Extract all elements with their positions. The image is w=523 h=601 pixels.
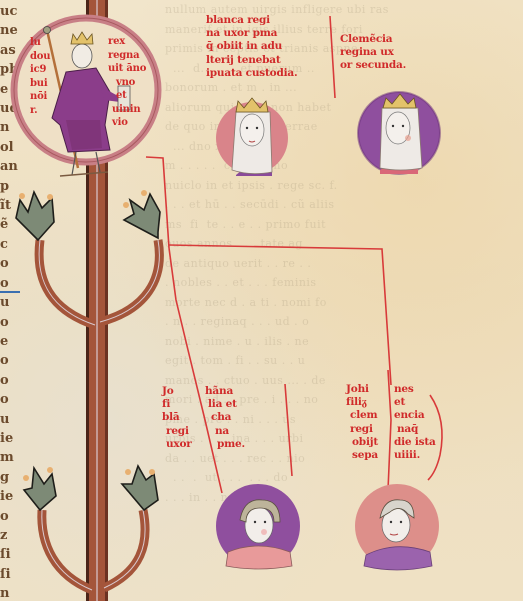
- manuscript-page: nullum autem uirgis infligere ubi ras ma…: [0, 0, 523, 601]
- inscription-line: dou: [30, 50, 50, 64]
- inscription-line: uit āno: [108, 62, 146, 76]
- rubric-line: filiᵹ: [346, 396, 378, 409]
- rubric-line: hãna: [205, 385, 245, 398]
- johanna-rubric-left: Jo fi blā regi uxor: [162, 385, 192, 451]
- rubric-line: uxor: [162, 438, 192, 451]
- rubric-line: uiiii.: [394, 449, 436, 462]
- rubric-line: regi: [162, 425, 192, 438]
- rubric-line: q̄ obiit in adu: [206, 40, 297, 53]
- rubric-line: ipuata custodia.: [206, 67, 297, 80]
- rubric-line: Johi: [346, 383, 378, 396]
- johannes-rubric-left: Johi filiᵹ clem regi obijt sepa: [346, 383, 378, 462]
- leaf-upper-right: [124, 194, 160, 238]
- rubric-line: cha: [205, 411, 245, 424]
- blanca-rubric: blanca regi na uxor pma q̄ obiit in adu …: [206, 14, 297, 80]
- rubric-line: lterij tenebat: [206, 54, 297, 67]
- inscription-line: bui: [30, 77, 50, 91]
- rubric-line: or secunda.: [340, 59, 406, 72]
- inscription-line: vno: [108, 76, 146, 90]
- rubric-line: nes: [394, 383, 436, 396]
- rubric-line: encia: [394, 409, 436, 422]
- leaf-lower-left: [24, 468, 56, 510]
- rubric-line: lia et: [205, 398, 245, 411]
- rubric-line: blā: [162, 411, 192, 424]
- rubric-line: Jo: [162, 385, 192, 398]
- rubric-line: clem: [346, 409, 378, 422]
- inscription-line: ic9: [30, 63, 50, 77]
- rubric-line: sepa: [346, 449, 378, 462]
- rubric-line: regi: [346, 423, 378, 436]
- inscription-line: lu: [30, 36, 50, 50]
- inscription-line: r.: [30, 104, 50, 118]
- rubric-line: naq̄: [394, 423, 436, 436]
- clemencia-rubric: Clemẽcia regina ux or secunda.: [340, 33, 406, 73]
- johanna-medallion: [216, 484, 300, 569]
- rubric-line: obijt: [346, 436, 378, 449]
- inscription-line: nōi: [30, 90, 50, 104]
- queen-blanca-medallion: [216, 98, 288, 176]
- rubric-line: na: [205, 425, 245, 438]
- king-inscription-left: lu dou ic9 bui nōi r.: [30, 36, 50, 117]
- rubric-line: et: [394, 396, 436, 409]
- inscription-line: rex: [108, 35, 146, 49]
- rubric-line: die ista: [394, 436, 436, 449]
- rubric-line: Clemẽcia: [340, 33, 406, 46]
- illumination-artwork: [0, 0, 523, 601]
- inscription-line: et: [108, 89, 146, 103]
- rubric-line: fi: [162, 398, 192, 411]
- rubric-line: pme.: [205, 438, 245, 451]
- inscription-line: regna: [108, 49, 146, 63]
- rubric-line: regina ux: [340, 46, 406, 59]
- rubric-line: blanca regi: [206, 14, 297, 27]
- johannes-medallion: [355, 484, 439, 570]
- inscription-line: vio: [108, 116, 146, 130]
- crown-icon: [236, 98, 268, 112]
- queen-clemencia-medallion: [358, 92, 440, 174]
- johanna-rubric-right: hãna lia et cha na pme.: [205, 385, 245, 451]
- rubric-line: na uxor pma: [206, 27, 297, 40]
- king-inscription-right: rex regna uit āno vno et uinin vio: [108, 35, 146, 130]
- johannes-rubric-right: nes et encia naq̄ die ista uiiii.: [394, 383, 436, 462]
- inscription-line: uinin: [108, 103, 146, 117]
